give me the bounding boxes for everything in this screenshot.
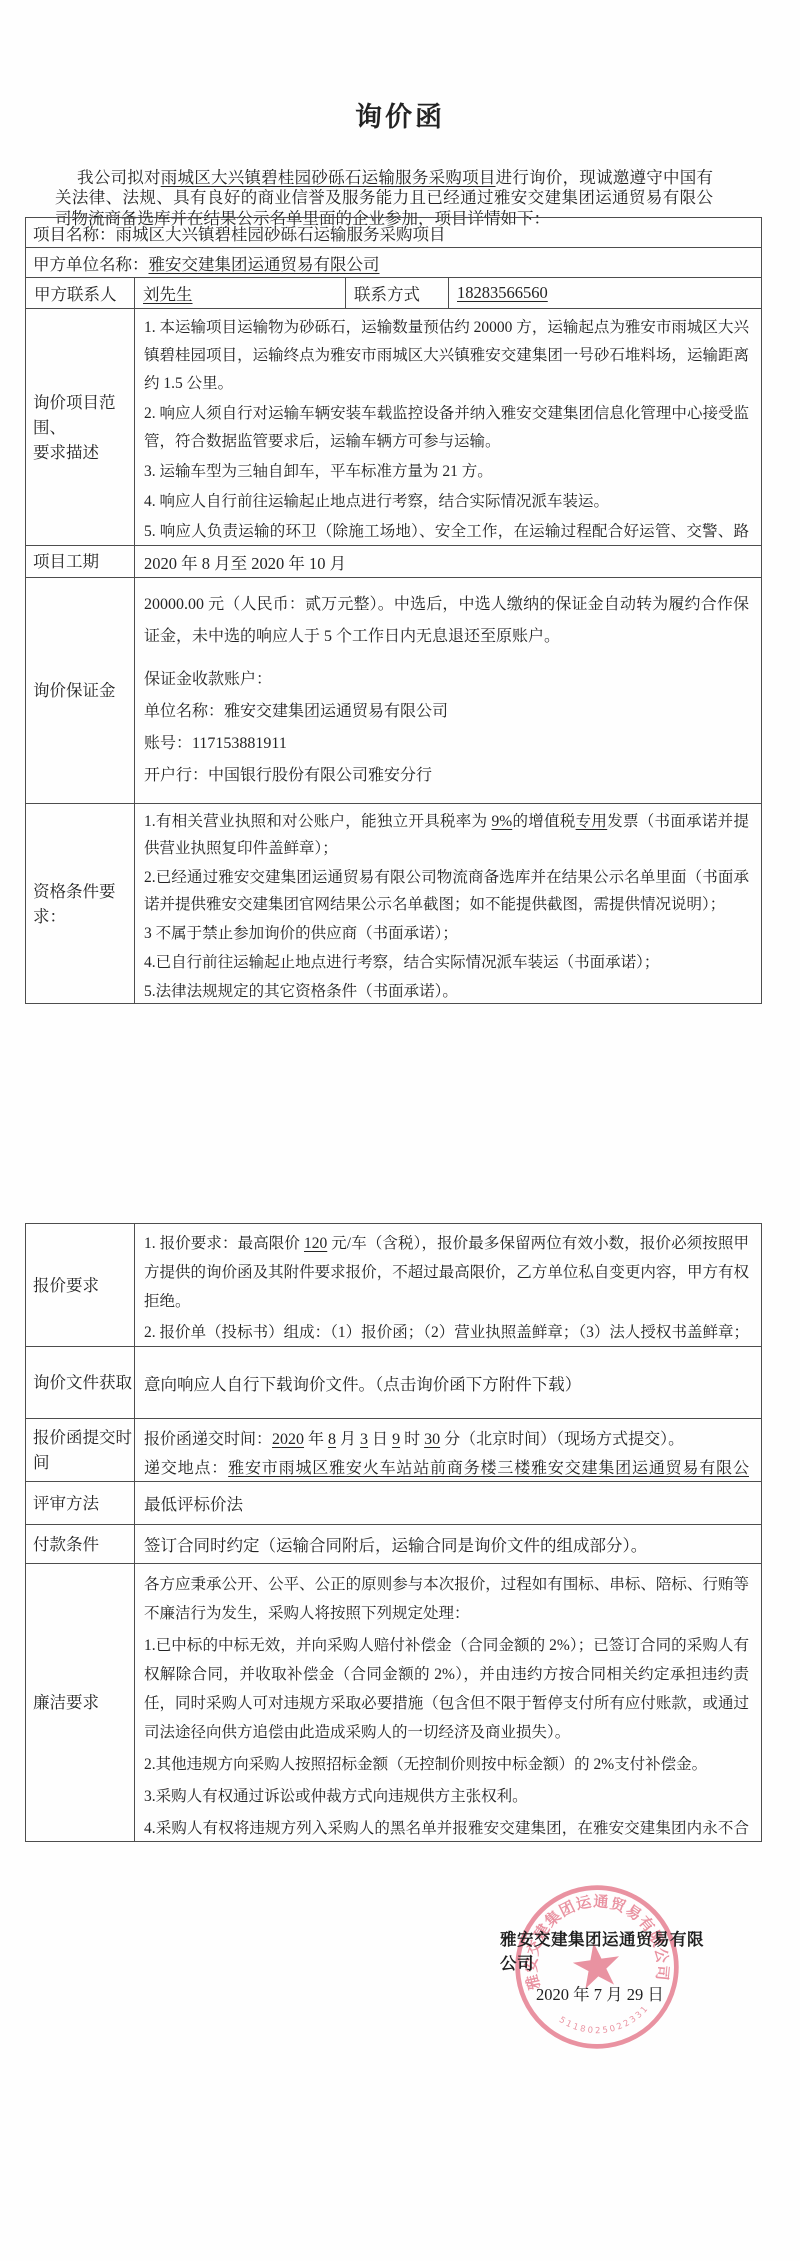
scope-item: 3. 运输车型为三轴自卸车，平车标准方量为 21 方。 (144, 458, 749, 486)
row-qualification: 资格条件要求： 1.有相关营业执照和对公账户，能独立开具税率为 9%的增值税专用… (26, 803, 761, 1003)
row-duration: 项目工期 2020 年 8 月至 2020 年 10 月 (26, 545, 761, 577)
qualification-label: 资格条件要求： (26, 804, 135, 1003)
integrity-content: 各方应秉承公开、公平、公正的原则参与本次报价，过程如有围标、串标、陪标、行贿等不… (135, 1564, 761, 1841)
deposit-account-title: 保证金收款账户： (144, 664, 749, 696)
submit-label: 报价函提交时间 (26, 1419, 135, 1481)
deposit-account-bank: 开户行：中国银行股份有限公司雅安分行 (144, 760, 749, 792)
party-a-value: 雅安交建集团运通贸易有限公司 (149, 251, 380, 275)
quote-content: 1. 报价要求：最高限价 120 元/车（含税），报价最多保留两位有效小数，报价… (135, 1224, 761, 1346)
party-a-label: 甲方单位名称： (33, 251, 149, 275)
contact-name: 刘先生 (143, 281, 193, 305)
bidding-terms-table: 报价要求 1. 报价要求：最高限价 120 元/车（含税），报价最多保留两位有效… (25, 1223, 762, 1842)
quote-item: 1. 报价要求：最高限价 120 元/车（含税），报价最多保留两位有效小数，报价… (144, 1229, 749, 1316)
scope-item: 2. 响应人须自行对运输车辆安装车载监控设备并纳入雅安交建集团信息化管理中心接受… (144, 400, 749, 456)
row-review-method: 评审方法 最低评标价法 (26, 1481, 761, 1524)
integrity-label: 廉洁要求 (26, 1564, 135, 1841)
scope-label: 询价项目范围、要求描述 (26, 309, 135, 545)
submit-time-line: 报价函递交时间：2020 年 8 月 3 日 9 时 30 分（北京时间）（现场… (144, 1425, 749, 1454)
scope-content: 1. 本运输项目运输物为砂砾石，运输数量预估约 20000 方，运输起点为雅安市… (135, 309, 761, 545)
review-value: 最低评标价法 (135, 1482, 761, 1524)
integrity-item: 1.已中标的中标无效，并向采购人赔付补偿金（合同金额的 2%）；已签订合同的采购… (144, 1631, 749, 1747)
qualification-item: 2.已经通过雅安交建集团运通贸易有限公司物流商备选库并在结果公示名单里面（书面承… (144, 864, 749, 918)
signature-date: 2020 年 7 月 29 日 (536, 1981, 676, 2005)
signature-company: 雅安交建集团运通贸易有限公司 (500, 1926, 710, 1974)
duration-value: 2020 年 8 月至 2020 年 10 月 (135, 546, 761, 577)
payment-value: 签订合同时约定（运输合同附后，运输合同是询价文件的组成部分）。 (135, 1525, 761, 1563)
project-name-cell: 项目名称：雨城区大兴镇碧桂园砂砾石运输服务采购项目 (26, 218, 761, 247)
phone-number: 18283566560 (457, 283, 548, 303)
payment-label: 付款条件 (26, 1525, 135, 1563)
deposit-content: 20000.00 元（人民币：贰万元整）。中选后，中选人缴纳的保证金自动转为履约… (135, 578, 761, 803)
submit-place-line: 递交地点：雅安市雨城区雅安火车站站前商务楼三楼雅安交建集团运通贸易有限公司。 (144, 1454, 749, 1481)
row-docs: 询价文件获取 意向响应人自行下载询价文件。（点击询价函下方附件下载） (26, 1346, 761, 1418)
row-payment-terms: 付款条件 签订合同时约定（运输合同附后，运输合同是询价文件的组成部分）。 (26, 1524, 761, 1563)
row-submit-time: 报价函提交时间 报价函递交时间：2020 年 8 月 3 日 9 时 30 分（… (26, 1418, 761, 1481)
duration-label: 项目工期 (26, 546, 135, 577)
intro-lead: 我公司拟对 (77, 168, 161, 187)
integrity-item: 2.其他违规方向采购人按照招标金额（无控制价则按中标金额）的 2%支付补偿金。 (144, 1750, 749, 1779)
row-project-name: 项目名称：雨城区大兴镇碧桂园砂砾石运输服务采购项目 (26, 218, 761, 247)
phone-label: 联系方式 (346, 278, 449, 308)
quote-label: 报价要求 (26, 1224, 135, 1346)
project-name-label: 项目名称： (33, 221, 116, 245)
submit-content: 报价函递交时间：2020 年 8 月 3 日 9 时 30 分（北京时间）（现场… (135, 1419, 761, 1481)
contact-name-cell: 刘先生 (135, 278, 346, 308)
qualification-item: 5.法律法规规定的其它资格条件（书面承诺）。 (144, 978, 749, 1003)
row-quote-requirements: 报价要求 1. 报价要求：最高限价 120 元/车（含税），报价最多保留两位有效… (26, 1224, 761, 1346)
contact-label: 甲方联系人 (26, 278, 135, 308)
qualification-item: 4.已自行前往运输起止地点进行考察，结合实际情况派车装运（书面承诺）； (144, 949, 749, 976)
deposit-account-number: 账号：117153881911 (144, 728, 749, 760)
deposit-account-name: 单位名称：雅安交建集团运通贸易有限公司 (144, 696, 749, 728)
scope-item: 1. 本运输项目运输物为砂砾石，运输数量预估约 20000 方，运输起点为雅安市… (144, 314, 749, 398)
row-integrity: 廉洁要求 各方应秉承公开、公平、公正的原则参与本次报价，过程如有围标、串标、陪标… (26, 1563, 761, 1841)
scope-item: 5. 响应人负责运输的环卫（除施工场地）、安全工作，在运输过程配合好运管、交警、… (144, 518, 749, 545)
integrity-intro: 各方应秉承公开、公平、公正的原则参与本次报价，过程如有围标、串标、陪标、行贿等不… (144, 1570, 749, 1628)
docs-label: 询价文件获取 (26, 1347, 135, 1418)
integrity-item: 4.采购人有权将违规方列入采购人的黑名单并报雅安交建集团，在雅安交建集团内永不合… (144, 1814, 749, 1841)
project-info-table: 项目名称：雨城区大兴镇碧桂园砂砾石运输服务采购项目 甲方单位名称：雅安交建集团运… (25, 217, 762, 1004)
intro-project-name: 雨城区大兴镇碧桂园砂砾石运输服务采购项目 (161, 168, 496, 187)
phone-cell: 18283566560 (449, 278, 761, 308)
qualification-item: 3 不属于禁止参加询价的供应商（书面承诺）； (144, 920, 749, 947)
integrity-item: 3.采购人有权通过诉讼或仲裁方式向违规供方主张权利。 (144, 1782, 749, 1811)
page-title: 询价函 (0, 95, 800, 134)
deposit-label: 询价保证金 (26, 578, 135, 803)
row-party-a: 甲方单位名称：雅安交建集团运通贸易有限公司 (26, 247, 761, 277)
scanned-inquiry-document: 询价函 我公司拟对雨城区大兴镇碧桂园砂砾石运输服务采购项目进行询价，现诚邀遵守中… (0, 0, 800, 2261)
party-a-cell: 甲方单位名称：雅安交建集团运通贸易有限公司 (26, 248, 761, 277)
review-label: 评审方法 (26, 1482, 135, 1524)
qualification-content: 1.有相关营业执照和对公账户，能独立开具税率为 9%的增值税专用发票（书面承诺并… (135, 804, 761, 1003)
project-name-value: 雨城区大兴镇碧桂园砂砾石运输服务采购项目 (116, 221, 446, 245)
row-deposit: 询价保证金 20000.00 元（人民币：贰万元整）。中选后，中选人缴纳的保证金… (26, 577, 761, 803)
row-scope: 询价项目范围、要求描述 1. 本运输项目运输物为砂砾石，运输数量预估约 2000… (26, 308, 761, 545)
row-contact: 甲方联系人 刘先生 联系方式 18283566560 (26, 277, 761, 308)
qualification-item: 1.有相关营业执照和对公账户，能独立开具税率为 9%的增值税专用发票（书面承诺并… (144, 808, 749, 862)
scope-item: 4. 响应人自行前往运输起止地点进行考察，结合实际情况派车装运。 (144, 488, 749, 516)
deposit-amount: 20000.00 元（人民币：贰万元整）。中选后，中选人缴纳的保证金自动转为履约… (144, 589, 749, 653)
docs-value: 意向响应人自行下载询价文件。（点击询价函下方附件下载） (135, 1347, 761, 1418)
quote-item: 2. 报价单（投标书）组成：（1）报价函；（2）营业执照盖鲜章；（3）法人授权书… (144, 1318, 749, 1346)
